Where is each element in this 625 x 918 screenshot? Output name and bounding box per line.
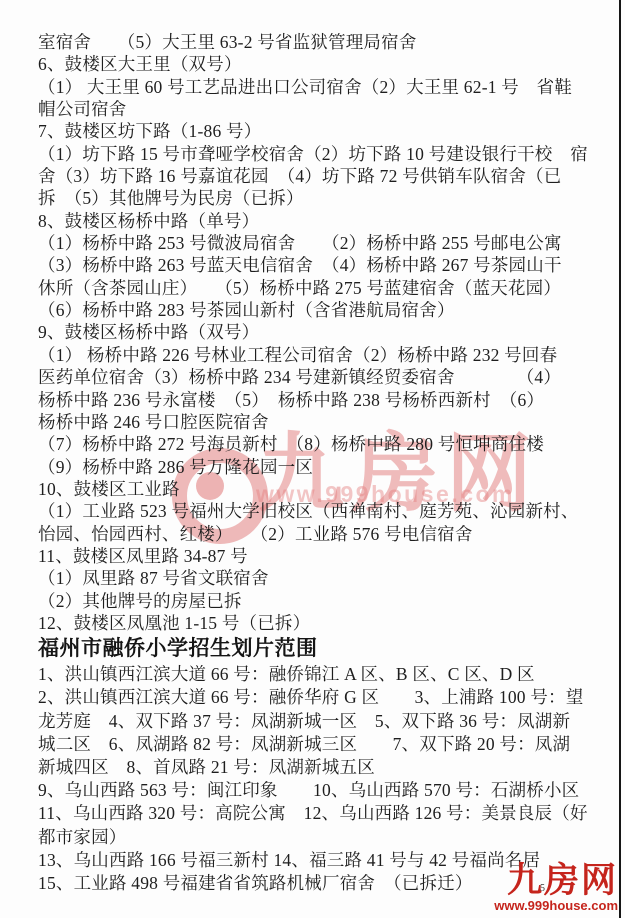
- text-line: 9、乌山西路 563 号：闽江印象 10、乌山西路 570 号：石湖桥小区: [38, 779, 594, 802]
- text-line: 2、洪山镇西江滨大道 66 号：融侨华府 G 区 3、上浦路 100 号：望: [38, 686, 594, 709]
- document-page: 九房网 www.999house.com 室宿舍 （5）大王里 63-2 号省监…: [0, 0, 625, 918]
- text-line: （1） 大王里 60 号工艺品进出口公司宿舍（2）大王里 62-1 号 省鞋: [38, 76, 594, 98]
- text-line: 1、洪山镇西江滨大道 66 号：融侨锦江 A 区、B 区、C 区、D 区: [38, 663, 594, 686]
- text-line: （1） 杨桥中路 226 号林业工程公司宿舍（2）杨桥中路 232 号回春: [38, 344, 594, 366]
- text-line: 舍（3）坊下路 16 号嘉谊花园 （4）坊下路 72 号供销车队宿舍（已: [38, 165, 594, 187]
- text-line: 11、鼓楼区凤里路 34-87 号: [38, 545, 594, 567]
- site-logo-brand-text: 九房网: [494, 862, 618, 899]
- text-line: 城二区 6、凤湖路 82 号：凤湖新城三区 7、双下路 20 号：凤湖: [38, 733, 594, 756]
- text-line: 7、鼓楼区坊下路（1-86 号）: [38, 120, 594, 142]
- text-line: 8、鼓楼区杨桥中路（单号）: [38, 210, 594, 232]
- text-line: （6）杨桥中路 283 号茶园山新村（含省港航局宿舍）: [38, 299, 594, 321]
- text-line: 怡园、怡园西村、红楼） （2）工业路 576 号电信宿舍: [38, 523, 594, 545]
- text-line: 杨桥中路 246 号口腔医院宿舍: [38, 411, 594, 433]
- text-line: （2）其他牌号的房屋已拆: [38, 590, 594, 612]
- text-line: 12、鼓楼区凤凰池 1-15 号（已拆）: [38, 612, 594, 634]
- text-line: 都市家园）: [38, 826, 594, 849]
- text-line: （1）杨桥中路 253 号微波局宿舍 （2）杨桥中路 255 号邮电公寓: [38, 232, 594, 254]
- text-line: （1）凤里路 87 号省文联宿舍: [38, 567, 594, 589]
- site-logo-url-text: www.999house.com: [494, 899, 618, 913]
- text-line: 11、乌山西路 320 号：高院公寓 12、乌山西路 126 号：美景良辰（好: [38, 802, 594, 825]
- text-line: 6、鼓楼区大王里（双号）: [38, 53, 594, 75]
- text-line: 拆 （5）其他牌号为民房（已拆）: [38, 187, 594, 209]
- text-line: （1）坊下路 15 号市聋哑学校宿舍（2）坊下路 10 号建设银行干校 宿: [38, 143, 594, 165]
- text-line: 龙芳庭 4、双下路 37 号：凤湖新城一区 5、双下路 36 号：凤湖新: [38, 710, 594, 733]
- text-line: （1）工业路 523 号福州大学旧校区（西禅南村、庭芳苑、沁园新村、: [38, 500, 594, 522]
- text-line: （7）杨桥中路 272 号海员新村 （8）杨桥中路 280 号恒坤商住楼: [38, 433, 594, 455]
- text-line: 医药单位宿舍（3）杨桥中路 234 号建新镇经贸委宿舍 （4）: [38, 366, 594, 388]
- page-number: 5: [540, 883, 545, 894]
- text-line: 杨桥中路 236 号永富楼 （5） 杨桥中路 238 号杨桥西新村 （6）: [38, 389, 594, 411]
- site-logo: 九房网 www.999house.com: [494, 862, 618, 913]
- section-gulou-list: 室宿舍 （5）大王里 63-2 号省监狱管理局宿舍6、鼓楼区大王里（双号）（1）…: [38, 31, 594, 634]
- text-line: 休所（含茶园山庄） （5）杨桥中路 275 号蓝建宿舍（蓝天花园）: [38, 277, 594, 299]
- text-line: 室宿舍 （5）大王里 63-2 号省监狱管理局宿舍: [38, 31, 594, 53]
- text-line: 帽公司宿舍: [38, 98, 594, 120]
- scan-edge-line: [619, 0, 621, 918]
- text-line: （9）杨桥中路 286 号万隆花园一区: [38, 456, 594, 478]
- text-column: 室宿舍 （5）大王里 63-2 号省监狱管理局宿舍6、鼓楼区大王里（双号）（1）…: [38, 31, 594, 895]
- section-heading: 福州市融侨小学招生划片范围: [38, 634, 594, 663]
- text-line: 9、鼓楼区杨桥中路（双号）: [38, 321, 594, 343]
- text-line: 10、鼓楼区工业路: [38, 478, 594, 500]
- text-line: 新城四区 8、首凤路 21 号：凤湖新城五区: [38, 756, 594, 779]
- text-line: （3）杨桥中路 263 号蓝天电信宿舍 （4）杨桥中路 267 号茶园山干: [38, 254, 594, 276]
